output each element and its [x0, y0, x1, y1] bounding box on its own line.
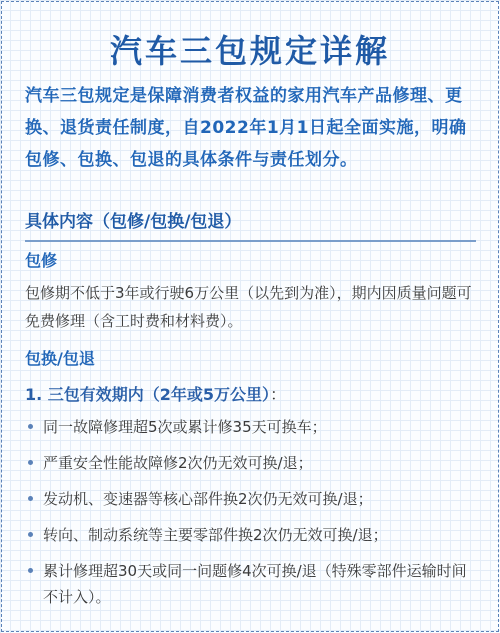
list-item: 严重安全性能故障修2次仍无效可换/退； [25, 450, 475, 476]
numbered-heading-text: 1. 三包有效期内（2年或5万公里） [25, 385, 270, 404]
page-title: 汽车三包规定详解 [0, 26, 500, 72]
numbered-heading: 1. 三包有效期内（2年或5万公里）： [25, 382, 286, 405]
replace-return-heading: 包换/包退 [25, 346, 95, 369]
numbered-heading-colon: ： [270, 385, 286, 404]
repair-heading: 包修 [25, 248, 57, 271]
bullet-icon [28, 568, 33, 573]
repair-text: 包修期不低于3年或行驶6万公里（以先到为准），期内因质量问题可免费修理（含工时费… [25, 279, 475, 335]
bullet-icon [28, 460, 33, 465]
condition-list: 同一故障修理超5次或累计修35天可换车； 严重安全性能故障修2次仍无效可换/退；… [25, 414, 475, 620]
bullet-icon [28, 424, 33, 429]
list-item: 累计修理超30天或同一问题修4次可换/退（特殊零部件运输时间不计入）。 [25, 558, 475, 610]
list-item: 转向、制动系统等主要零部件换2次仍无效可换/退； [25, 522, 475, 548]
intro-paragraph: 汽车三包规定是保障消费者权益的家用汽车产品修理、更换、退货责任制度，自2022年… [25, 80, 480, 176]
bullet-icon [28, 496, 33, 501]
section-heading: 具体内容（包修/包换/包退） [25, 207, 476, 242]
bullet-icon [28, 532, 33, 537]
list-item: 发动机、变速器等核心部件换2次仍无效可换/退； [25, 486, 475, 512]
list-item: 同一故障修理超5次或累计修35天可换车； [25, 414, 475, 440]
